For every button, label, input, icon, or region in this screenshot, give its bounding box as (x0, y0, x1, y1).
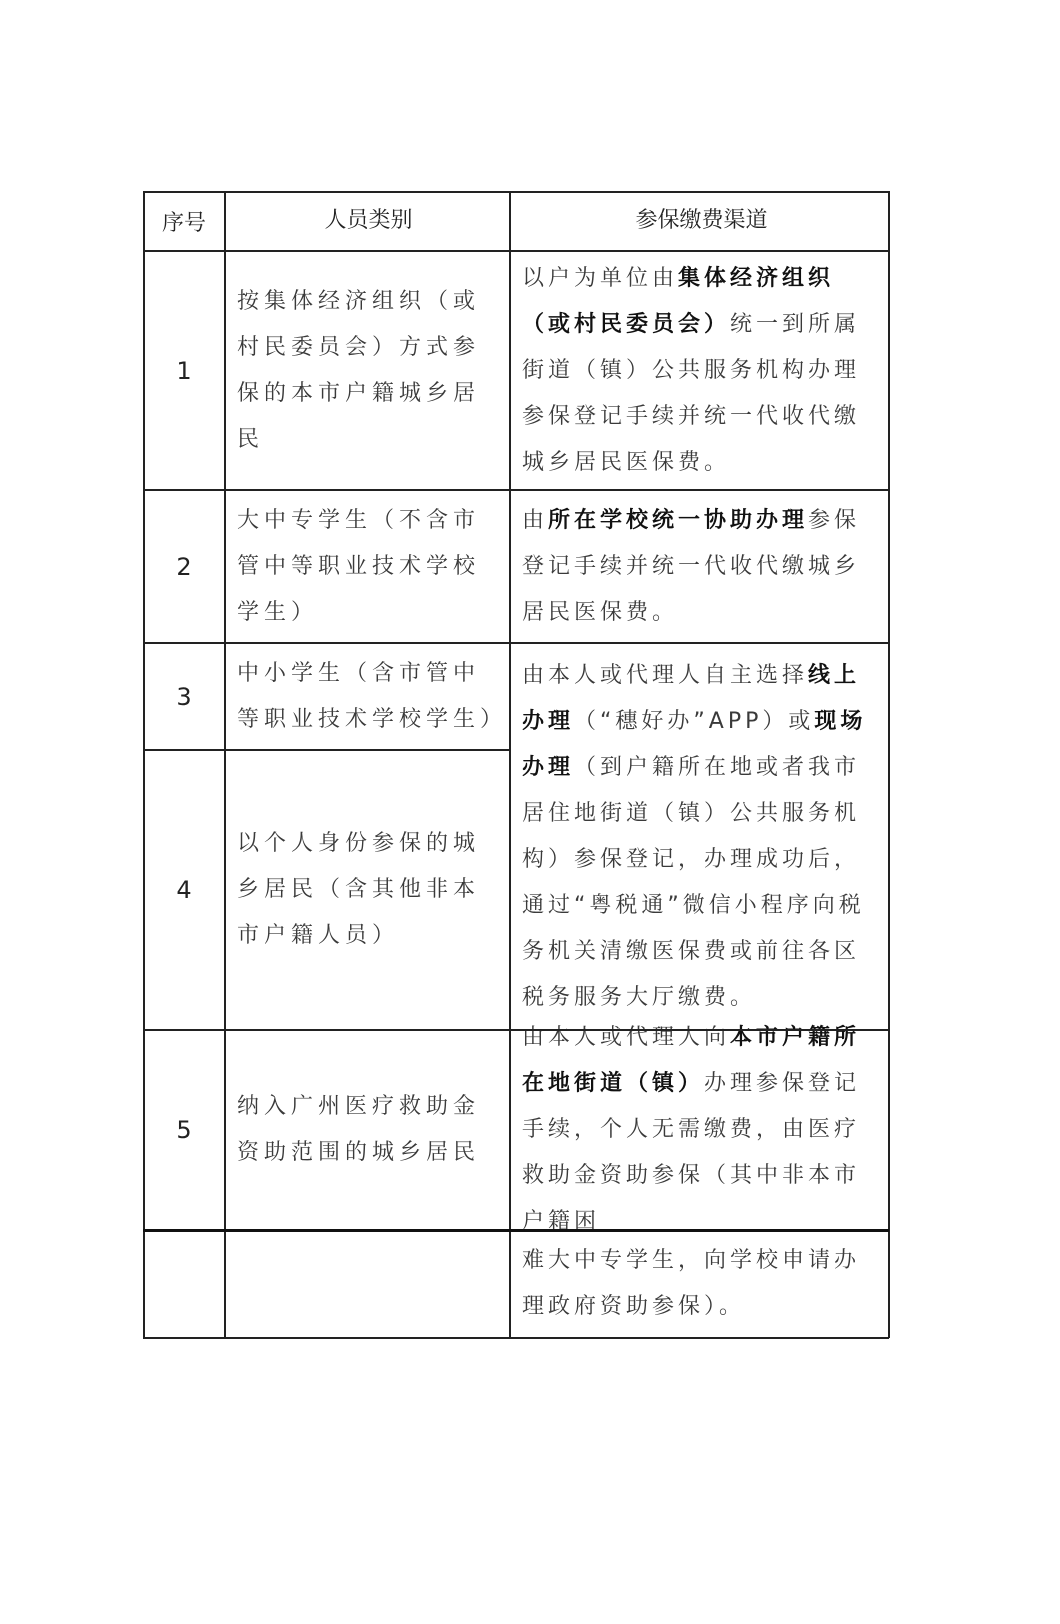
header-number: 序号 (143, 191, 225, 251)
table-row: 5 纳入广州医疗救助金资助范围的城乡居民 由本人或代理人向本市户籍所在地街道（镇… (143, 1030, 889, 1230)
channel-text: （到户籍所在地或者我市居住地街道（镇）公共服务机构）参保登记，办理成功后，通过“… (522, 755, 865, 1010)
row-category (225, 1230, 510, 1338)
header-category: 人员类别 (225, 191, 510, 251)
row-divider (143, 489, 889, 491)
table-border-right (888, 191, 890, 1338)
row-channel: 由所在学校统一协助办理参保登记手续并统一代收代缴城乡居民医保费。 (510, 490, 889, 643)
table-border-top (143, 191, 889, 193)
channel-text: 以户为单位由 (522, 266, 678, 291)
merged-channel-row-3-4: 由本人或代理人自主选择线上办理（“穗好办”APP）或现场办理（到户籍所在地或者我… (143, 643, 889, 1030)
table-border-bottom (143, 1337, 889, 1339)
column-divider (224, 191, 226, 1338)
channel-text-bold: 所在学校统一协助办理 (548, 508, 808, 533)
insurance-channel-table: 序号 人员类别 参保缴费渠道 1 按集体经济组织（或村民委员会）方式参保的本市户… (143, 191, 889, 1338)
row-divider (143, 1029, 889, 1031)
row-channel: 由本人或代理人自主选择线上办理（“穗好办”APP）或现场办理（到户籍所在地或者我… (510, 643, 889, 1030)
row-channel: 由本人或代理人向本市户籍所在地街道（镇）办理参保登记手续，个人无需缴费，由医疗救… (510, 1030, 889, 1230)
row-divider (143, 642, 889, 644)
table-row: 2 大中专学生（不含市管中等职业技术学校学生） 由所在学校统一协助办理参保登记手… (143, 490, 889, 643)
row-category: 大中专学生（不含市管中等职业技术学校学生） (225, 490, 510, 643)
row-category: 纳入广州医疗救助金资助范围的城乡居民 (225, 1030, 510, 1230)
row-number: 1 (143, 251, 225, 490)
row-number: 5 (143, 1030, 225, 1230)
row-number (143, 1230, 225, 1338)
column-divider (509, 191, 511, 1338)
table-row-continuation: 难大中专学生，向学校申请办理政府资助参保）。 (143, 1230, 889, 1338)
channel-text: 由本人或代理人自主选择 (522, 663, 808, 688)
row-divider (143, 749, 510, 751)
row-category: 按集体经济组织（或村民委员会）方式参保的本市户籍城乡居民 (225, 251, 510, 490)
row-divider (143, 250, 889, 252)
channel-text: 由 (522, 508, 548, 533)
row-channel: 以户为单位由集体经济组织（或村民委员会）统一到所属街道（镇）公共服务机构办理参保… (510, 251, 889, 490)
header-channel: 参保缴费渠道 (510, 191, 889, 251)
page-break-divider (143, 1229, 889, 1232)
row-channel: 难大中专学生，向学校申请办理政府资助参保）。 (510, 1230, 889, 1338)
row-number: 2 (143, 490, 225, 643)
table-row: 1 按集体经济组织（或村民委员会）方式参保的本市户籍城乡居民 以户为单位由集体经… (143, 251, 889, 490)
table-header-row: 序号 人员类别 参保缴费渠道 (143, 191, 889, 251)
channel-text: （“穗好办”APP）或 (574, 709, 814, 734)
table-border-left (143, 191, 145, 1338)
